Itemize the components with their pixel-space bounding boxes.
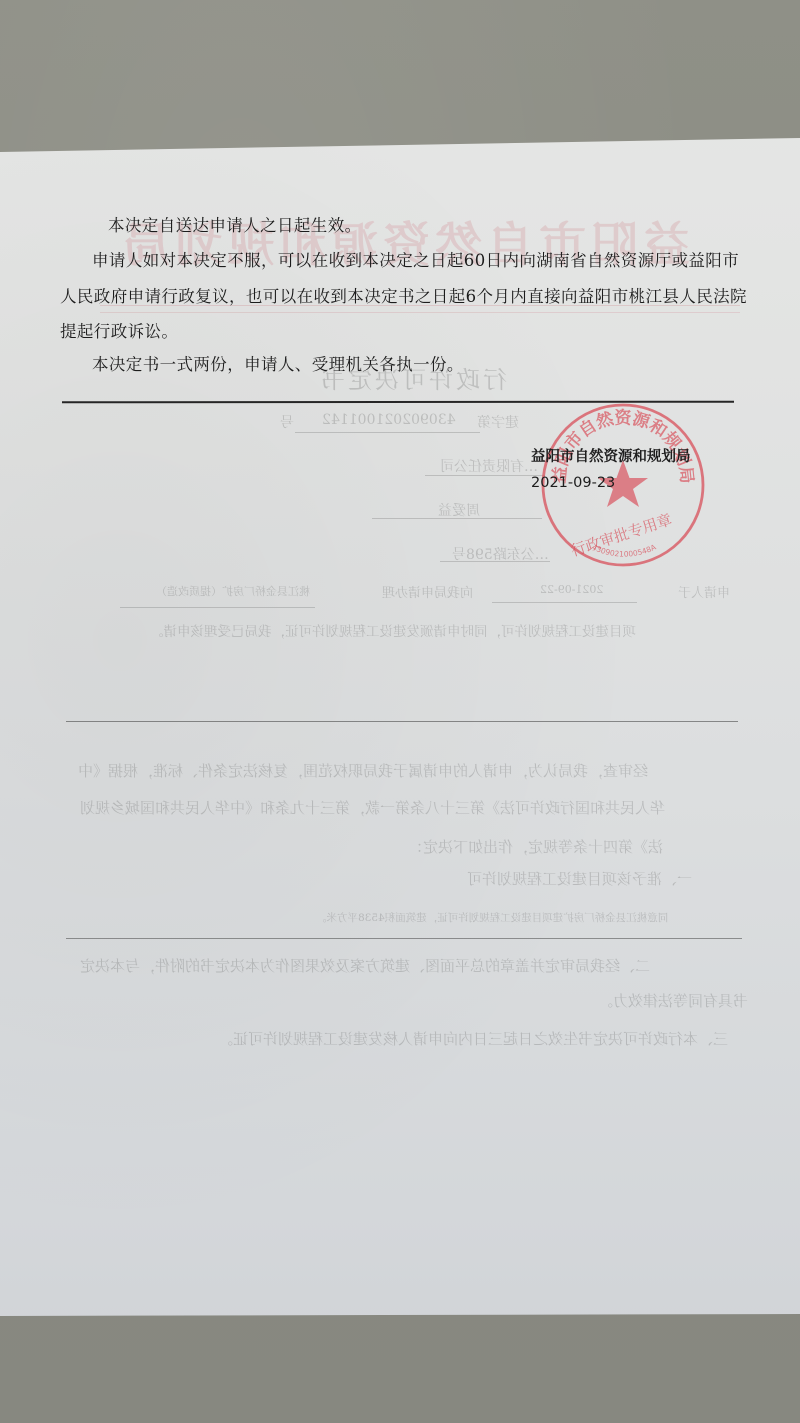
show-through-header-title: 益阳市自然资源和规划局 bbox=[118, 208, 690, 275]
show-through-red-rule-2 bbox=[100, 312, 740, 313]
svg-text:4309021000548A: 4309021000548A bbox=[591, 542, 659, 558]
show-through-body-2: 华人民共和国行政许可法》第三十八条第一款，第三十九条和《中华人民共和国城乡规划 bbox=[80, 797, 665, 818]
official-seal: 益阳市自然资源和规划局 行政审批专用章 4309021000548A bbox=[538, 400, 708, 570]
svg-text:益阳市自然资源和规划局: 益阳市自然资源和规划局 bbox=[549, 407, 697, 484]
show-through-body-8: 三、本行政许可决定书生效之日起三日内向申请人核发建设工程规划许可证。 bbox=[218, 1028, 728, 1049]
show-through-number-prefix: 建字第 bbox=[477, 412, 519, 432]
show-through-address: …公东路598号 bbox=[452, 544, 549, 564]
signing-organization: 益阳市自然资源和规划局 bbox=[531, 445, 691, 466]
show-through-body-4: 一、准予该项目建设工程规划许可 bbox=[467, 868, 692, 889]
show-through-legal-rep: 周爱益 bbox=[438, 500, 480, 520]
show-through-body-6: 二、经我局审定并盖章的总平面图、建筑方案及效果图作为本决定书的附件，与本决定 bbox=[80, 955, 650, 976]
paragraph-appeal-line-3: 提起行政诉讼。 bbox=[60, 324, 178, 341]
show-through-apply-underline bbox=[120, 607, 315, 608]
show-through-company-underline bbox=[425, 475, 545, 476]
show-through-address-underline bbox=[440, 561, 550, 562]
separator-rule bbox=[62, 401, 734, 404]
show-through-number-underline bbox=[295, 432, 480, 433]
paragraph-appeal-line-2: 人民政府申请行政复议，也可以在收到本决定书之日起6个月内直接向益阳市桃江县人民法… bbox=[60, 289, 747, 306]
svg-text:行政审批专用章: 行政审批专用章 bbox=[569, 510, 674, 560]
show-through-apply-action: 向我局申请办理 bbox=[382, 582, 473, 601]
show-through-body-7: 书具有同等法律效力。 bbox=[598, 990, 748, 1011]
show-through-apply-project: 桃江县金桥厂房扩（提质改造） bbox=[156, 583, 310, 599]
show-through-apply-underline-2 bbox=[492, 602, 637, 603]
paragraph-appeal-line-1: 申请人如对本决定不服，可以在收到本决定之日起60日内向湖南省自然资源厅或益阳市 bbox=[92, 253, 739, 270]
paragraph-effective: 本决定自送达申请人之日起生效。 bbox=[108, 218, 362, 235]
show-through-subtitle: 行政许可决定书 bbox=[318, 360, 507, 395]
document-paper: 益阳市自然资源和规划局 行政许可决定书 建字第 430902021001142 … bbox=[0, 0, 800, 1423]
show-through-body-5: 同意桃江县金桥厂房扩建项目建设工程规划许可证，建筑面积4538平方米。 bbox=[316, 910, 668, 925]
show-through-rule-1 bbox=[66, 721, 738, 722]
star-icon bbox=[598, 460, 648, 507]
show-through-body-1: 经审查，我局认为，申请人的申请属于我局职权范围，复核法定条件、标准，根据《中 bbox=[78, 760, 648, 781]
show-through-apply-date: 2021-09-22 bbox=[540, 583, 603, 596]
show-through-company: …有限责任公司 bbox=[440, 456, 538, 476]
show-through-rule-2 bbox=[66, 938, 742, 939]
show-through-number: 430902021001142 bbox=[322, 412, 456, 428]
show-through-red-rule bbox=[100, 305, 740, 306]
paragraph-copies: 本决定书一式两份，申请人、受理机关各执一份。 bbox=[92, 357, 464, 374]
signing-date: 2021-09-23 bbox=[531, 475, 615, 491]
show-through-legal-rep-underline bbox=[372, 518, 542, 519]
show-through-number-suffix: 号 bbox=[280, 412, 294, 432]
show-through-body-3: 法》第四十条等规定，作出如下决定： bbox=[408, 836, 663, 857]
show-through-apply-line2: 项目建设工程规划许可，同时申请颁发建设工程规划许可证，我局已受理该申请。 bbox=[150, 620, 636, 640]
show-through-apply-prefix: 申请人于 bbox=[678, 582, 730, 601]
